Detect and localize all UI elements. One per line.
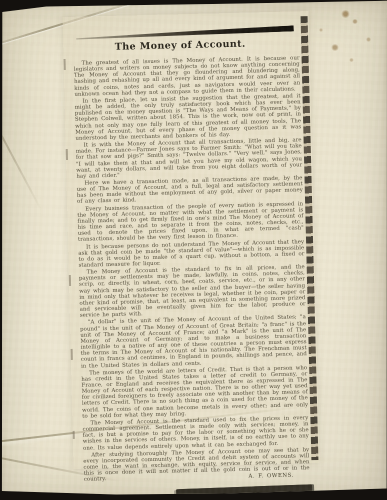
foxing-stain: [331, 44, 339, 51]
news-clipping: The Money of Account. The greatest of al…: [63, 11, 320, 469]
article-body: The greatest of all issues is The Money …: [74, 55, 311, 497]
clipping-edge-mark: [73, 431, 75, 439]
foxing-stain: [352, 19, 358, 24]
article-title: The Money of Account.: [63, 37, 297, 54]
foxing-stain: [341, 10, 350, 18]
paper-sheet: The Money of Account. The greatest of al…: [0, 0, 387, 500]
foxing-stain: [366, 37, 371, 42]
article-paragraph: The Money of Account is the standard use…: [82, 415, 309, 451]
article-paragraph: The moneys of the world are letters of C…: [81, 365, 308, 420]
bottom-rule: [176, 484, 312, 496]
article-paragraph: The greatest of all issues is The Money …: [74, 55, 301, 97]
paper-crease: [0, 126, 42, 211]
clipping-edge-mark: [64, 59, 66, 70]
article-paragraph: In the first place, let us insist the su…: [75, 93, 302, 142]
article-paragraph: "A dollar" is the unit of The Money of A…: [80, 315, 307, 370]
foxing-stain: [349, 58, 354, 62]
foxing-stain: [319, 28, 323, 32]
clipping-edge-mark: [71, 349, 73, 360]
clipping-edge-mark: [66, 149, 68, 160]
clipping-edge-mark: [69, 275, 71, 286]
article-paragraph: Every business transaction of the people…: [77, 201, 304, 243]
photo-backdrop: The Money of Account. The greatest of al…: [0, 0, 387, 500]
article-paragraph: The Money of Account is the standard to …: [79, 264, 306, 319]
article-paragraph: It is with the Money of Account that all…: [76, 137, 303, 179]
